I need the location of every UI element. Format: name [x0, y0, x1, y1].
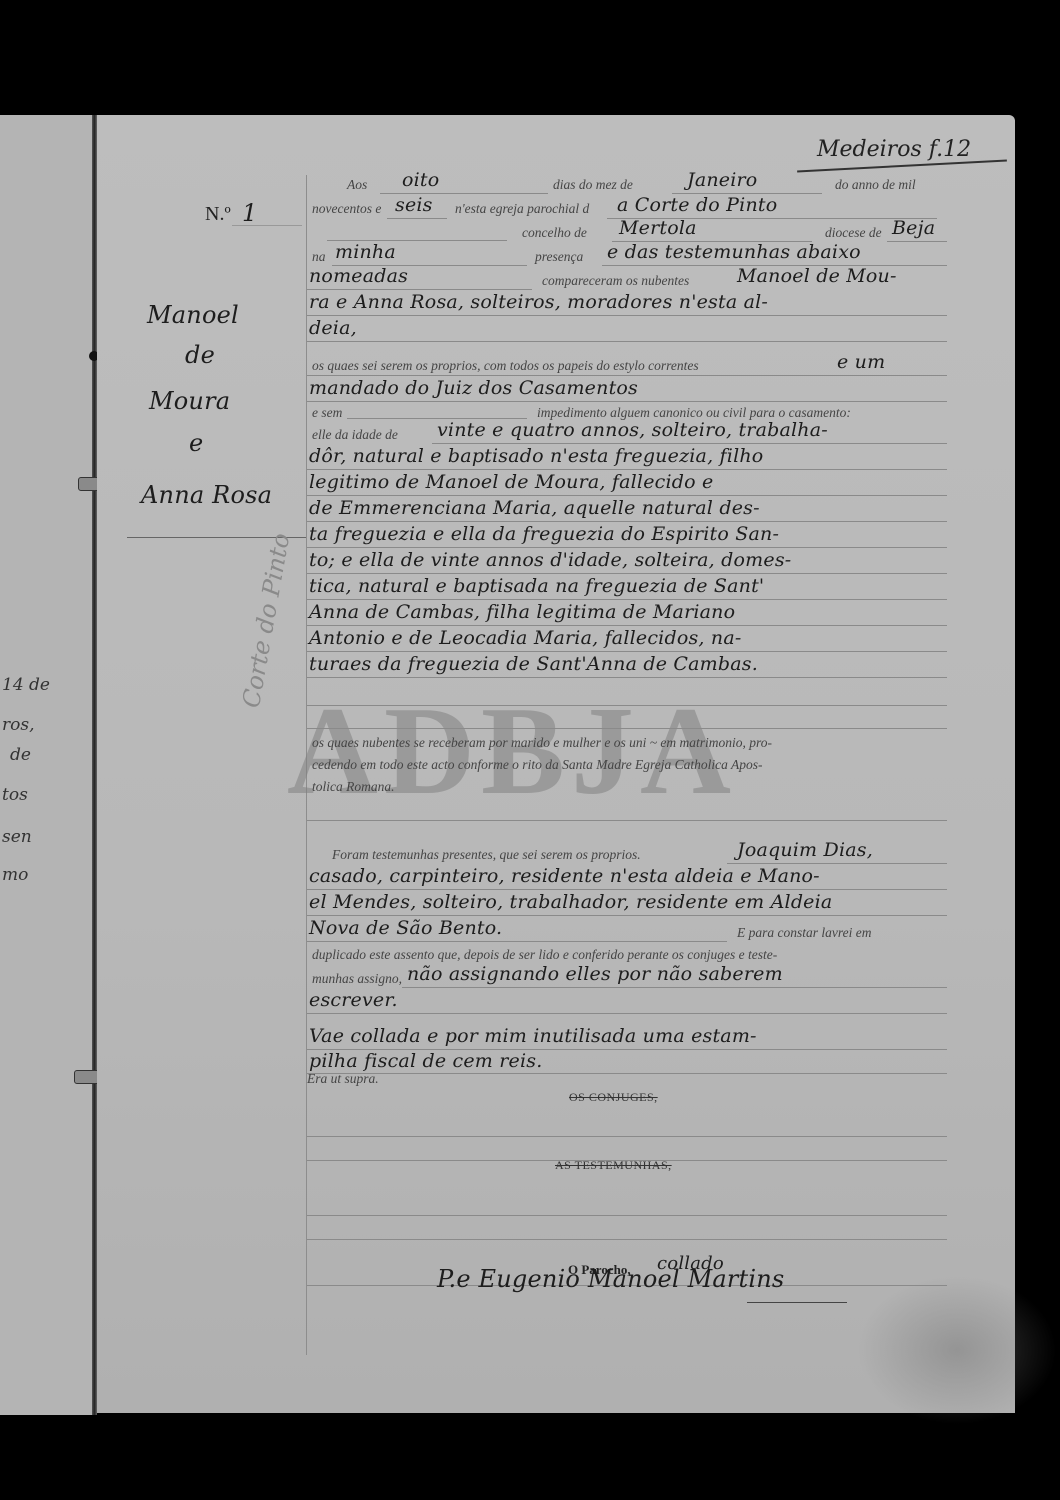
- closing-hand: não assignando elles por não saberem: [407, 963, 783, 985]
- left-page-text: tos: [2, 785, 28, 805]
- blank-rule: [307, 677, 947, 678]
- closing-hand: escrever.: [309, 989, 398, 1011]
- presence-value: minha: [335, 241, 396, 263]
- blank-rule: [387, 218, 447, 219]
- blank-rule: [432, 443, 947, 444]
- margin-name: e: [189, 429, 203, 457]
- blank-rule: [307, 705, 947, 706]
- blank-rule: [307, 375, 947, 376]
- stamp-note: Vae collada e por mim inutilisada uma es…: [309, 1025, 757, 1047]
- blank-rule: [307, 941, 727, 942]
- form-text: e sem: [312, 405, 342, 421]
- entry-number: 1: [242, 199, 257, 227]
- form-text: na: [312, 249, 326, 265]
- stamp-note: pilha fiscal de cem reis.: [309, 1050, 542, 1072]
- diocese-value: Beja: [892, 217, 935, 239]
- groom-age-value: vinte e quatro annos, solteiro, trabalha…: [437, 419, 828, 441]
- record-line: tica, natural e baptisada na freguezia d…: [309, 575, 764, 597]
- municipality-value: Mertola: [619, 217, 697, 239]
- record-line: de Emmerenciana Maria, aquelle natural d…: [309, 497, 760, 519]
- archive-watermark: ADBJA: [287, 680, 737, 824]
- record-line: legitimo de Manoel de Moura, fallecido e: [309, 471, 713, 493]
- margin-name: Anna Rosa: [141, 481, 272, 509]
- left-page-text: mo: [2, 865, 28, 885]
- form-text: n'esta egreja parochial d: [455, 201, 589, 217]
- form-text: elle da idade de: [312, 427, 398, 443]
- closing-text: munhas assigno,: [312, 971, 402, 987]
- signature-rule: [307, 1215, 947, 1216]
- closing-text: duplicado este assento que, depois de se…: [312, 947, 777, 963]
- signature-rule: [307, 1136, 947, 1137]
- blank-rule: [307, 599, 947, 600]
- form-text: concelho de: [522, 225, 587, 241]
- margin-name: de: [185, 341, 215, 369]
- blank-rule: [307, 495, 947, 496]
- record-line: ta freguezia e ella da freguezia do Espi…: [309, 523, 779, 545]
- blank-rule: [307, 521, 947, 522]
- blank-rule: [307, 728, 947, 729]
- blank-rule: [307, 889, 947, 890]
- day-value: oito: [402, 169, 439, 191]
- entry-number-rule: [232, 225, 302, 226]
- blank-rule: [887, 241, 947, 242]
- blank-rule: [307, 315, 947, 316]
- witness-line: Nova de São Bento.: [309, 917, 502, 939]
- handwritten-text: nomeadas: [309, 265, 408, 287]
- left-page-fragment: 14 de ros, de tos sen mo: [0, 115, 96, 1415]
- parish-value: a Corte do Pinto: [617, 194, 777, 216]
- stain: [857, 1275, 1057, 1425]
- blank-rule: [307, 625, 947, 626]
- record-line: Antonio e de Leocadia Maria, fallecidos,…: [309, 627, 741, 649]
- ceremony-text: cedendo em todo este acto conforme o rit…: [312, 757, 763, 773]
- month-value: Janeiro: [687, 169, 757, 191]
- left-page-text: ros,: [2, 715, 35, 735]
- conjuges-heading: OS CONJUGES,: [569, 1090, 658, 1105]
- record-line: Anna de Cambas, filha legitima de Marian…: [309, 601, 735, 623]
- year-value: seis: [395, 194, 433, 216]
- testemunhas-heading: AS TESTEMUNHAS,: [555, 1158, 672, 1173]
- handwritten-text: mandado do Juiz dos Casamentos: [309, 377, 638, 399]
- form-text: novecentos e: [312, 201, 381, 217]
- blank-rule: [307, 915, 947, 916]
- record-line: turaes da freguezia de Sant'Anna de Camb…: [309, 653, 758, 675]
- blank-rule: [307, 401, 947, 402]
- record-line: to; e ella de vinte annos d'idade, solte…: [309, 549, 791, 571]
- ceremony-text: tolica Romana.: [312, 779, 395, 795]
- blank-rule: [307, 820, 947, 821]
- left-page-text: de: [10, 745, 31, 765]
- blank-rule: [307, 289, 532, 290]
- closing-text: E para constar lavrei em: [737, 925, 871, 941]
- left-page-text: sen: [2, 827, 32, 847]
- witness-line: casado, carpinteiro, residente n'esta al…: [309, 865, 820, 887]
- form-text: presença: [535, 249, 583, 265]
- margin-name: Moura: [149, 387, 230, 415]
- witness-line: Joaquim Dias,: [737, 839, 873, 861]
- form-text: compareceram os nubentes: [542, 273, 689, 289]
- handwritten-text: deia,: [309, 317, 357, 339]
- presence-detail: e das testemunhas abaixo: [607, 241, 861, 263]
- signature-flourish: [747, 1302, 847, 1303]
- blank-rule: [307, 469, 947, 470]
- signature-rule: [307, 1239, 947, 1240]
- era-ut-supra: Era ut supra.: [307, 1071, 379, 1087]
- parocho-signature: P.e Eugenio Manoel Martins: [437, 1265, 784, 1293]
- form-text: diocese de: [825, 225, 882, 241]
- blank-rule: [307, 1013, 947, 1014]
- margin-name: Manoel: [147, 301, 239, 329]
- blank-rule: [402, 987, 947, 988]
- form-text: do anno de mil: [835, 177, 916, 193]
- blank-rule: [307, 1073, 947, 1074]
- form-text: os quaes sei serem os proprios, com todo…: [312, 358, 699, 374]
- blank-rule: [727, 863, 947, 864]
- handwritten-text: ra e Anna Rosa, solteiros, moradores n'e…: [309, 291, 768, 313]
- witness-line: el Mendes, solteiro, trabalhador, reside…: [309, 891, 832, 913]
- margin-vertical-rule: [306, 175, 307, 1355]
- register-page: Medeiros f.12 N.º 1 Manoel de Moura e An…: [97, 115, 1015, 1413]
- folio-signature: Medeiros f.12: [817, 137, 971, 162]
- form-text: Aos: [347, 177, 367, 193]
- ceremony-text: os quaes nubentes se receberam por marid…: [312, 735, 772, 751]
- nubentes-value: Manoel de Mou-: [737, 265, 897, 287]
- left-page-text: 14 de: [2, 675, 50, 695]
- blank-rule: [307, 651, 947, 652]
- handwritten-text: e um: [837, 351, 885, 373]
- margin-annotation: Corte do Pinto: [237, 531, 295, 710]
- record-line: dôr, natural e baptisado n'esta freguezi…: [309, 445, 763, 467]
- blank-rule: [307, 573, 947, 574]
- blank-rule: [307, 341, 947, 342]
- blank-rule: [307, 547, 947, 548]
- form-text: dias do mez de: [553, 177, 633, 193]
- entry-number-label: N.º: [205, 203, 231, 226]
- witness-intro: Foram testemunhas presentes, que sei ser…: [332, 847, 641, 863]
